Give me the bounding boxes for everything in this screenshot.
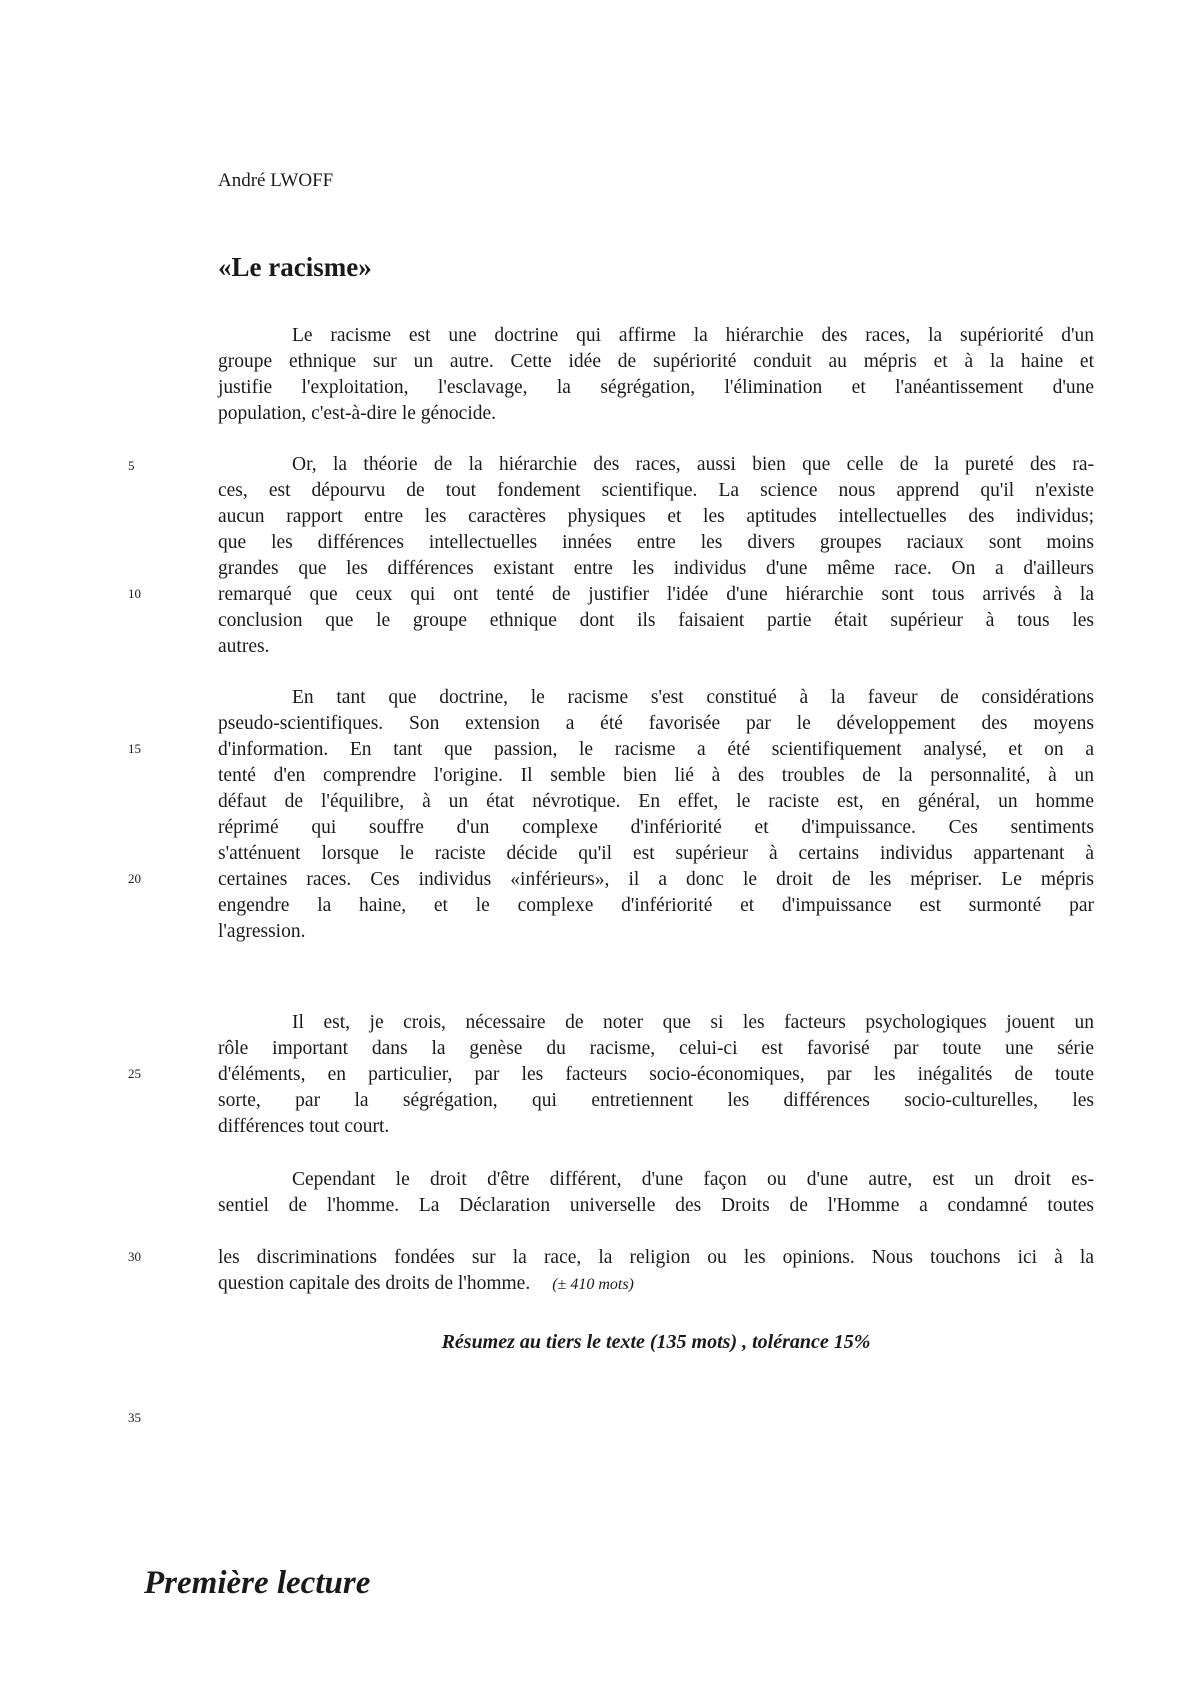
text-line: l'agression.	[218, 918, 1094, 945]
text-line: différences tout court.	[218, 1113, 1094, 1140]
document-title: «Le racisme»	[218, 252, 372, 283]
text-line: d'information. En tant que passion, le r…	[218, 736, 1094, 763]
line-number: 5	[128, 458, 135, 474]
text-line: rôle important dans la genèse du racisme…	[218, 1035, 1094, 1062]
line-number: 25	[128, 1066, 141, 1082]
text-line: autres.	[218, 633, 1094, 660]
text-line: justifie l'exploitation, l'esclavage, la…	[218, 374, 1094, 401]
text-line: tenté d'en comprendre l'origine. Il semb…	[218, 762, 1094, 789]
text-line: s'atténuent lorsque le raciste décide qu…	[218, 840, 1094, 867]
text-line: engendre la haine, et le complexe d'infé…	[218, 892, 1094, 919]
text-line: que les différences intellectuelles inné…	[218, 529, 1094, 556]
text-line: sorte, par la ségrégation, qui entretien…	[218, 1087, 1094, 1114]
line-number: 15	[128, 741, 141, 757]
text-line: Cependant le droit d'être différent, d'u…	[218, 1166, 1094, 1193]
text-line: pseudo-scientifiques. Son extension a ét…	[218, 710, 1094, 737]
text-line: sentiel de l'homme. La Déclaration unive…	[218, 1192, 1094, 1219]
word-count-note: (± 410 mots)	[552, 1276, 634, 1293]
text-line: conclusion que le groupe ethnique dont i…	[218, 607, 1094, 634]
text-line: Il est, je crois, nécessaire de noter qu…	[218, 1009, 1094, 1036]
text-line: les discriminations fondées sur la race,…	[218, 1244, 1094, 1271]
text-line: grandes que les différences existant ent…	[218, 555, 1094, 582]
text-line: population, c'est-à-dire le génocide.	[218, 400, 1094, 427]
section-heading: Première lecture	[144, 1565, 370, 1602]
text-line: aucun rapport entre les caractères physi…	[218, 503, 1094, 530]
text-line: groupe ethnique sur un autre. Cette idée…	[218, 348, 1094, 375]
text-line: réprimé qui souffre d'un complexe d'infé…	[218, 814, 1094, 841]
line-number: 20	[128, 871, 141, 887]
text-line: ces, est dépourvu de tout fondement scie…	[218, 477, 1094, 504]
summary-instruction: Résumez au tiers le texte (135 mots) , t…	[218, 1331, 1094, 1354]
text-line: En tant que doctrine, le racisme s'est c…	[218, 684, 1094, 711]
text-line: défaut de l'équilibre, à un état névroti…	[218, 788, 1094, 815]
line-number: 30	[128, 1249, 141, 1265]
text-line-content: question capitale des droits de l'homme.	[218, 1273, 530, 1294]
line-number: 35	[128, 1410, 141, 1426]
author-name: André LWOFF	[218, 170, 333, 192]
text-line: question capitale des droits de l'homme.…	[218, 1270, 1094, 1298]
line-number: 10	[128, 586, 141, 602]
text-line: remarqué que ceux qui ont tenté de justi…	[218, 581, 1094, 608]
text-line: certaines races. Ces individus «inférieu…	[218, 866, 1094, 893]
text-line: d'éléments, en particulier, par les fact…	[218, 1061, 1094, 1088]
text-line: Le racisme est une doctrine qui affirme …	[218, 322, 1094, 349]
text-line: Or, la théorie de la hiérarchie des race…	[218, 451, 1094, 478]
